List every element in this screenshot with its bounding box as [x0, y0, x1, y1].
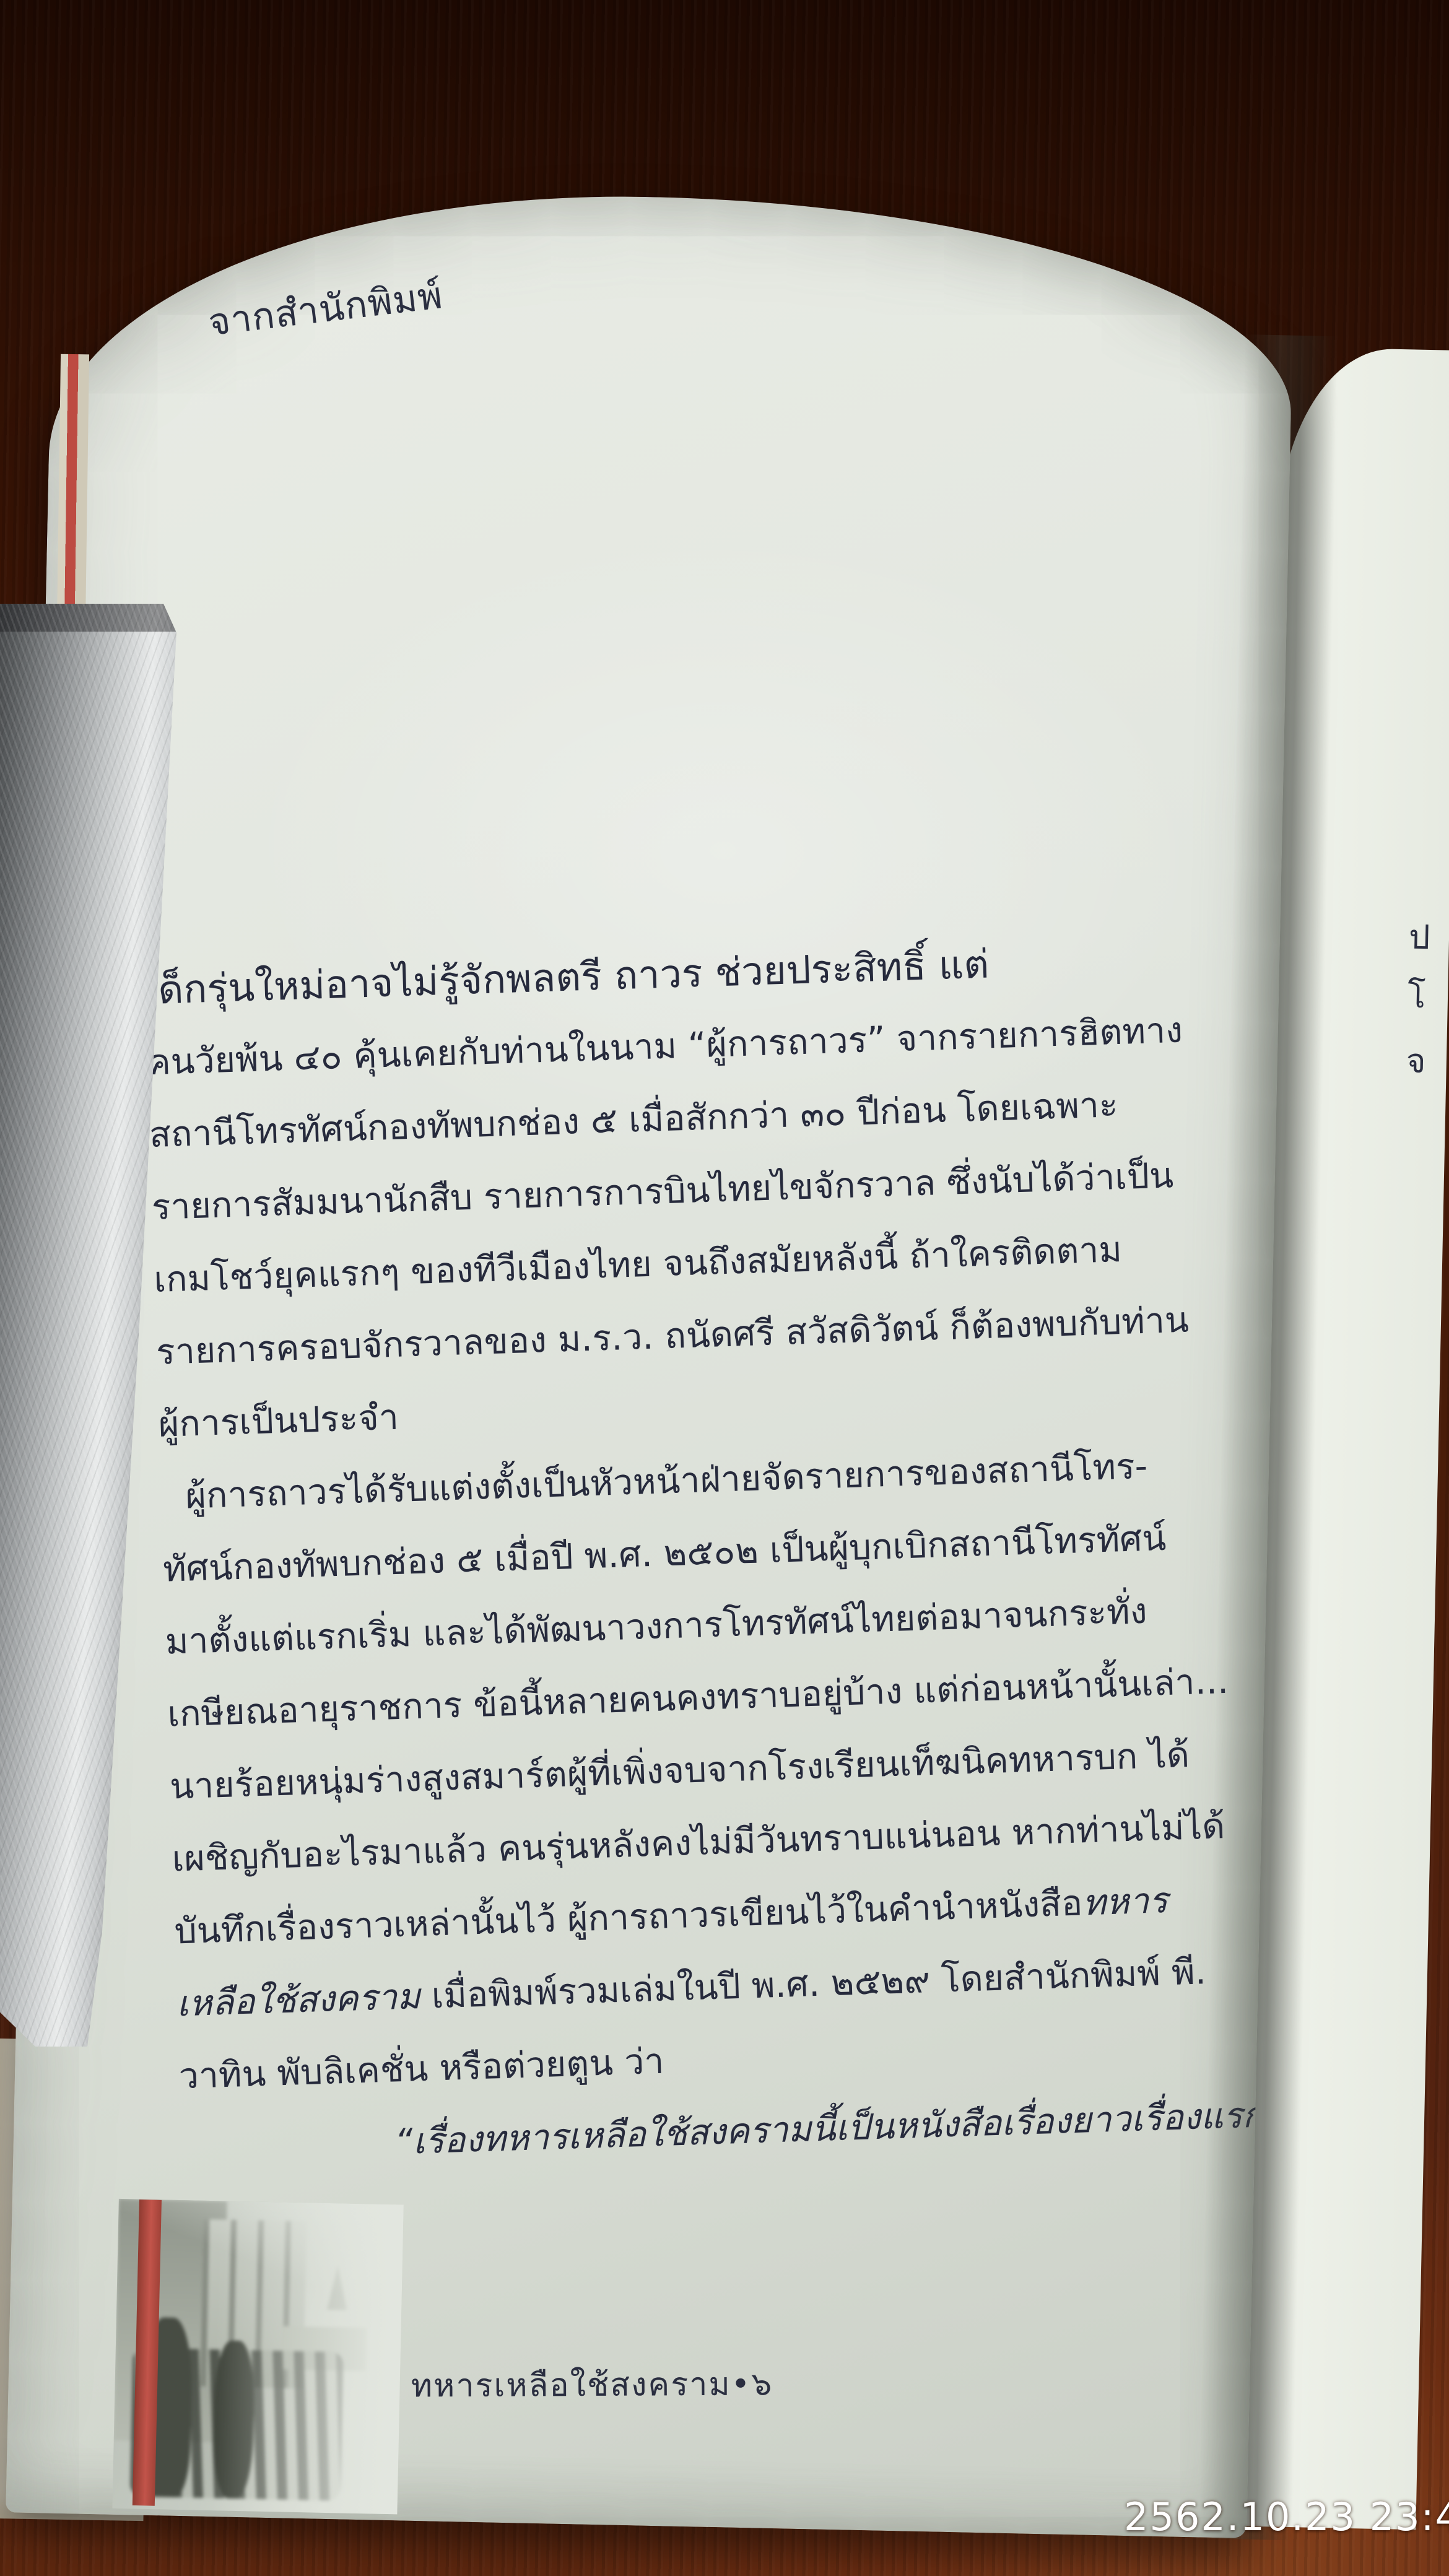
body-line-text: เด็กรุ่นใหม่อาจไม่รู้จักพลตรี ถาวร ช่วยป…: [144, 941, 990, 1013]
book-photo-scene: { "camera": { "timestamp": "2562.10.23 2…: [0, 0, 1449, 2576]
body-line-text: ผู้การถาวรได้รับแต่งตั้งเป็นหัวหน้าฝ่ายจ…: [185, 1446, 1148, 1517]
page-header: จากสำนักพิมพ์: [205, 266, 446, 352]
body-line-book-title: เหลือใช้สงคราม: [176, 1976, 421, 2024]
page-footer-running-title: ทหารเหลือใช้สงคราม•๖: [411, 2357, 773, 2411]
opposite-page-text-fragment: โ: [1407, 968, 1426, 1022]
book-page: จากสำนักพิมพ์ เด็กรุ่นใหม่อาจไม่รู้จักพล…: [6, 185, 1295, 2538]
opposite-page-text-fragment: ป: [1408, 910, 1430, 964]
body-line-text: เมื่อพิมพ์รวมเล่มในปี พ.ศ. ๒๕๒๙ โดยสำนัก…: [420, 1951, 1207, 2017]
body-line-text: บันทึกเรื่องราวเหล่านั้นไว้ ผู้การถาวรเข…: [174, 1882, 1084, 1952]
body-line-book-title: ทหาร: [1082, 1880, 1168, 1923]
body-line-quote: “เรื่องทหารเหลือใช้สงครามนี้เป็นหนังสือเ…: [394, 2091, 1295, 2163]
body-text: เด็กรุ่นใหม่อาจไม่รู้จักพลตรี ถาวร ช่วยป…: [144, 920, 1272, 2185]
body-line-text: เกมโชว์ยุคแรกๆ ของทีวีเมืองไทย จนถึงสมัย…: [153, 1229, 1122, 1300]
body-line-text: ผู้การเป็นประจำ: [158, 1397, 399, 1445]
red-fore-edge-top: [57, 354, 89, 627]
opposite-page-text-fragment: จ: [1406, 1033, 1426, 1087]
camera-timestamp: 2562.10.23 23:44: [1124, 2494, 1449, 2539]
body-line-text: วาทิน พับลิเคชั่น หรือต่วยตูน ว่า: [178, 2041, 664, 2097]
body-line-text: สถานีโทรทัศน์กองทัพบกช่อง ๕ เมื่อสักกว่า…: [149, 1084, 1118, 1155]
body-line-text: มาตั้งแต่แรกเริ่ม และได้พัฒนาวงการโทรทัศ…: [165, 1591, 1148, 1663]
